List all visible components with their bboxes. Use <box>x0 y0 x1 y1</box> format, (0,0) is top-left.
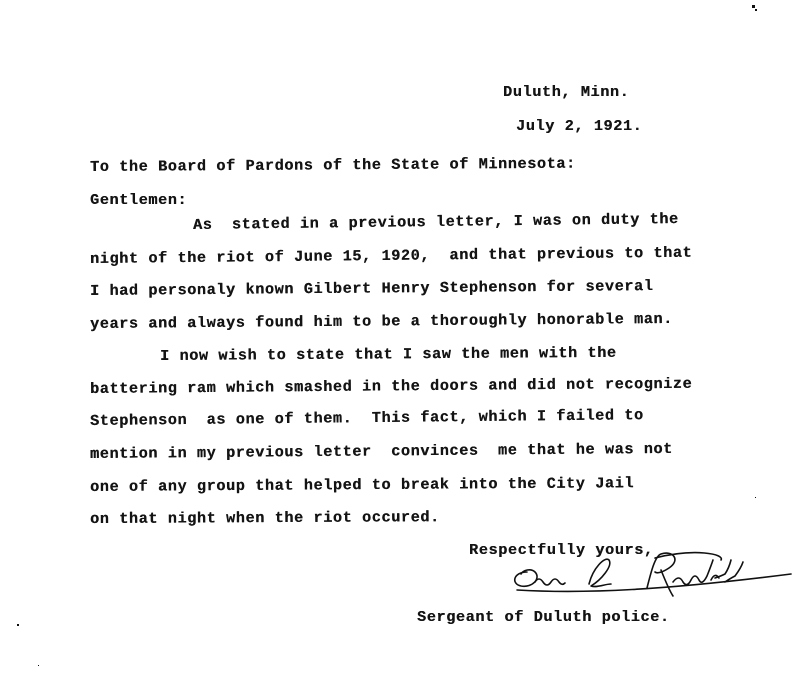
scan-speck <box>755 9 757 11</box>
scan-speck <box>17 624 19 626</box>
body-line: As stated in a previous letter, I was on… <box>193 212 679 233</box>
letter-place: Duluth, Minn. <box>503 85 629 100</box>
signer-title: Sergeant of Duluth police. <box>417 610 670 625</box>
body-line: battering ram which smashed in the doors… <box>90 377 692 397</box>
scan-speck <box>38 665 39 666</box>
letter-date: July 2, 1921. <box>516 119 642 134</box>
body-line: night of the riot of June 15, 1920, and … <box>90 246 692 268</box>
body-line: one of any group that helped to break in… <box>90 476 634 495</box>
body-line: Stephenson as one of them. This fact, wh… <box>90 408 644 429</box>
body-line: mention in my previous letter convinces … <box>90 442 673 462</box>
body-line: I had personaly known Gilbert Henry Step… <box>90 279 654 299</box>
signature-icon <box>505 550 795 600</box>
body-line: years and always found him to be a thoro… <box>90 312 673 332</box>
letter-page: Duluth, Minn. July 2, 1921. To the Board… <box>0 0 800 694</box>
letter-addressee: To the Board of Pardons of the State of … <box>90 157 576 176</box>
body-line: on that night when the riot occured. <box>90 510 440 527</box>
scan-speck <box>755 497 756 498</box>
letter-salutation: Gentlemen: <box>90 193 187 208</box>
body-line: I now wish to state that I saw the men w… <box>160 346 617 364</box>
scan-speck <box>752 5 755 8</box>
